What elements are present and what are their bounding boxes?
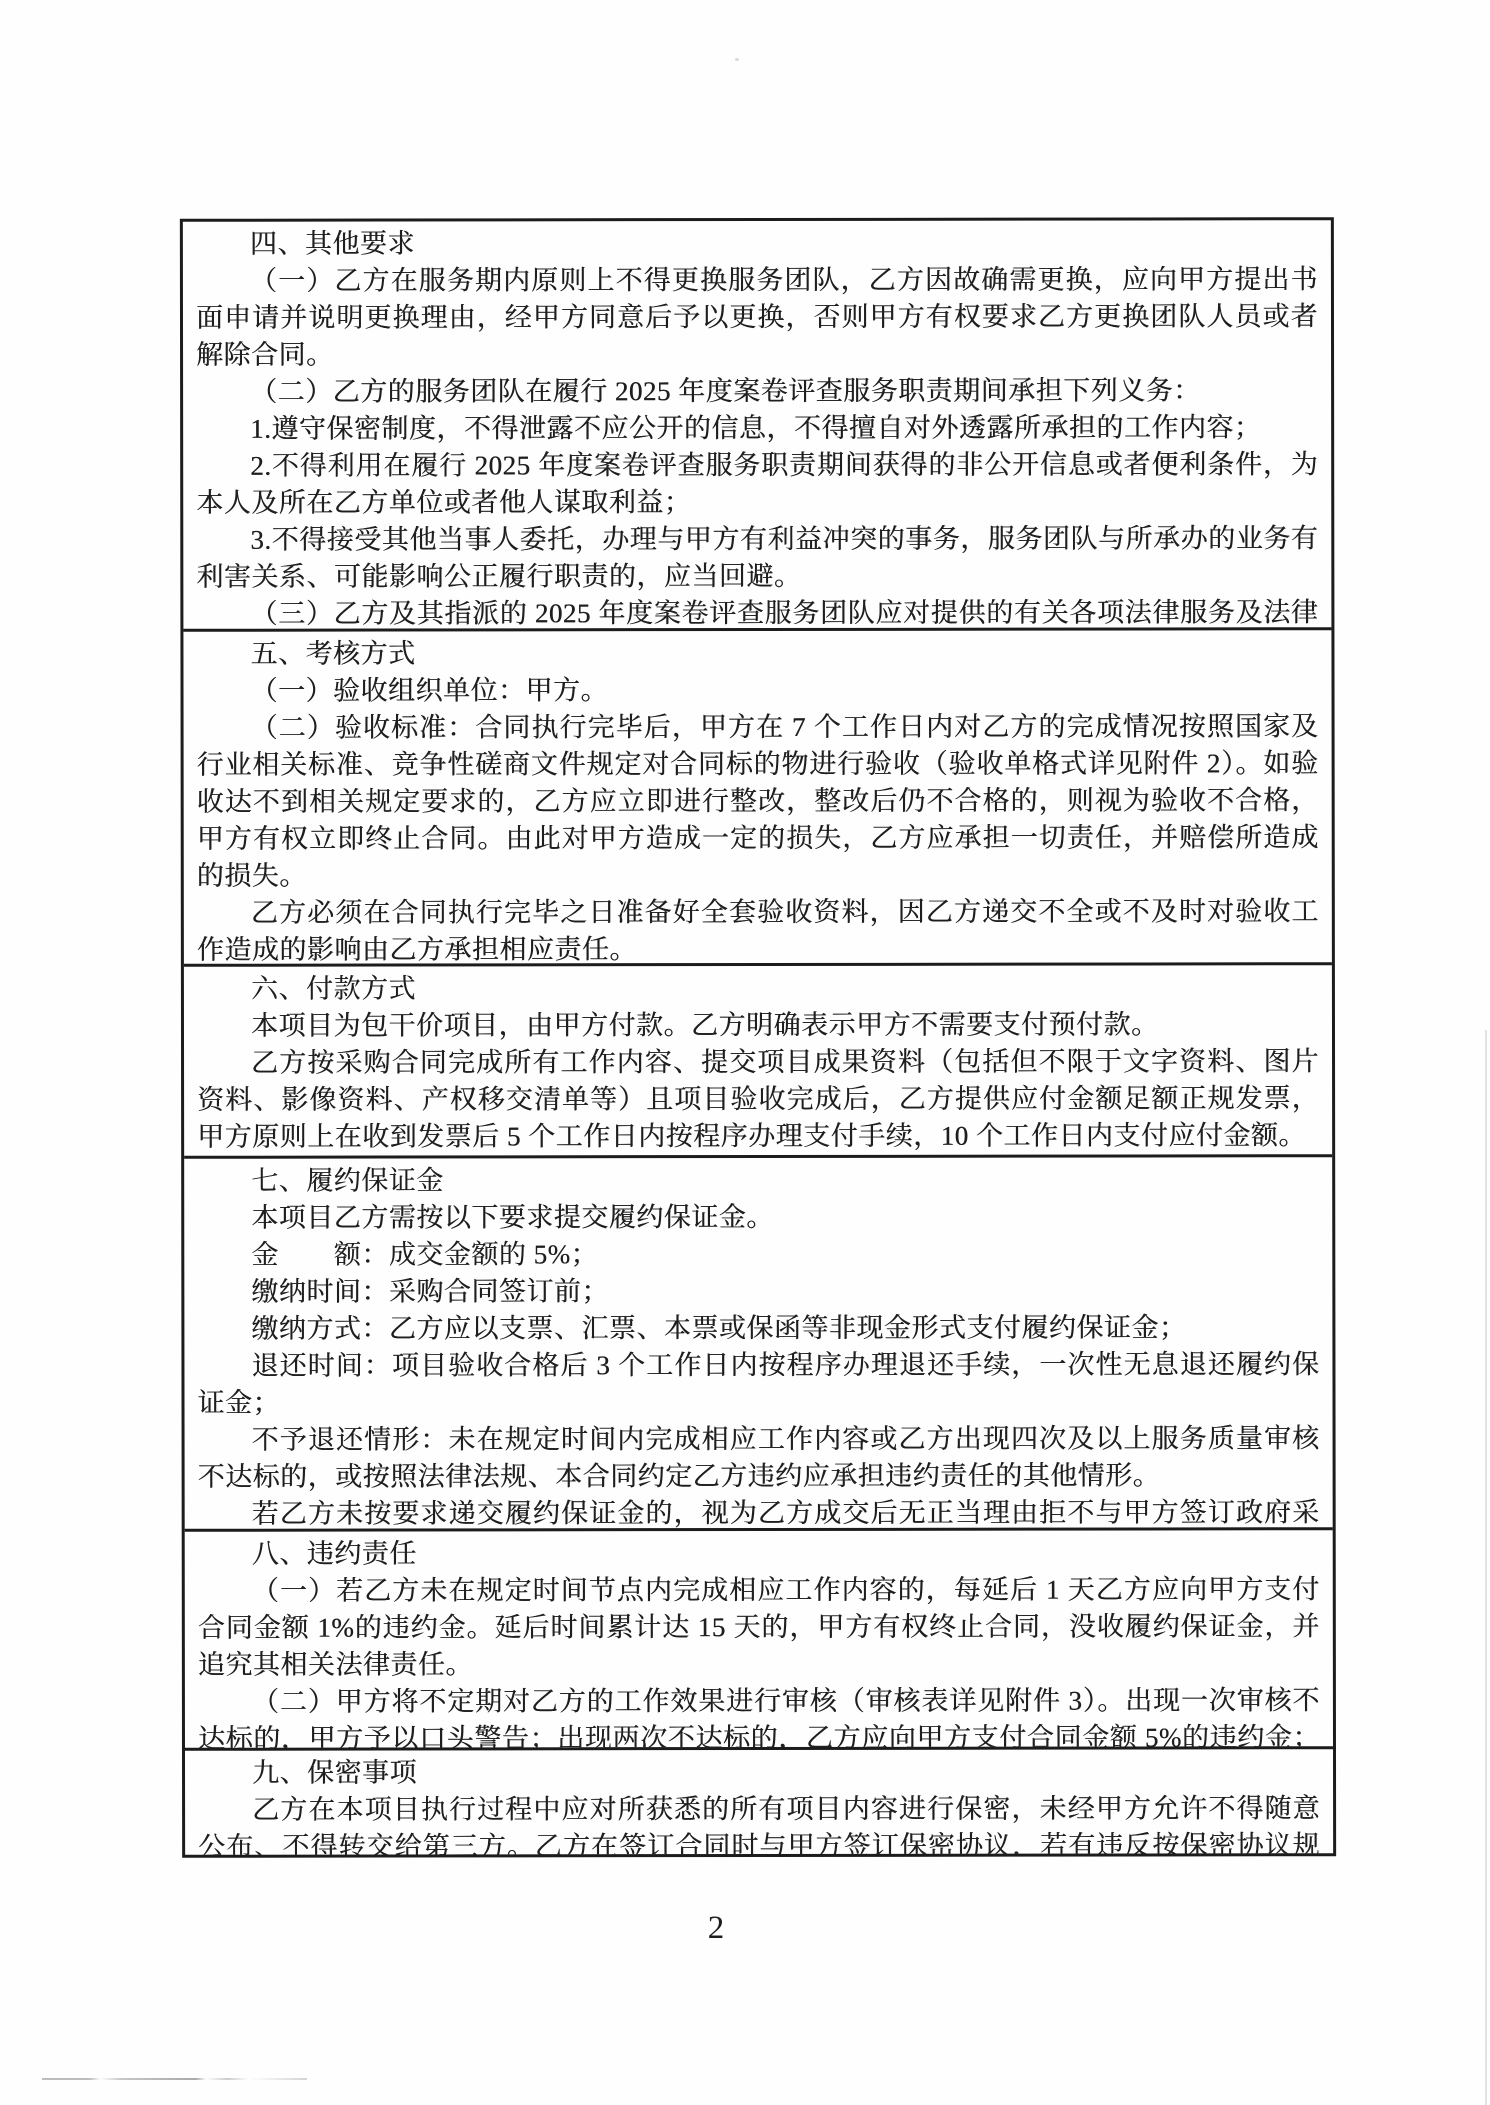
paragraph: （一）若乙方未在规定时间节点内完成相应工作内容的，每延后 1 天乙方应向甲方支付… [198,1571,1320,1684]
section-payment-method: 六、付款方式 本项目为包干价项目，由甲方付款。乙方明确表示甲方不需要支付预付款。… [184,965,1332,1159]
paragraph: 乙方必须在合同执行完毕之日准备好全套验收资料，因乙方递交不全或不及时对验收工作造… [197,893,1319,967]
paragraph: 3.不得接受其他当事人委托，办理与甲方有利益冲突的事务，服务团队与所承办的业务有… [196,520,1318,596]
section-assessment-method: 五、考核方式 （一）验收组织单位：甲方。 （二）验收标准：合同执行完毕后，甲方在… [183,630,1331,967]
paragraph: 2.不得利用在履行 2025 年度案卷评查服务职责期间获得的非公开信息或者便利条… [196,446,1318,522]
paragraph: 乙方在本项目执行过程中应对所获悉的所有项目内容进行保密，未经甲方允许不得随意公布… [198,1790,1320,1855]
paragraph: （一）乙方在服务期内原则上不得更换服务团队，乙方因故确需更换，应向甲方提出书面申… [196,261,1318,374]
section-heading: 七、履约保证金 [197,1161,1319,1200]
section-heading: 九、保密事项 [198,1753,1320,1792]
paragraph: 若乙方未按要求递交履约保证金的，视为乙方成交后无正当理由拒不与甲方签订政府采购合… [198,1494,1320,1532]
section-heading: 四、其他要求 [196,224,1318,263]
paragraph: 缴纳方式：乙方应以支票、汇票、本票或保函等非现金形式支付履约保证金； [197,1309,1319,1348]
paragraph: （二）甲方将不定期对乙方的工作效果进行审核（审核表详见附件 3）。出现一次审核不… [198,1682,1320,1751]
paragraph: 乙方按采购合同完成所有工作内容、提交项目成果资料（包括但不限于文字资料、图片资料… [197,1043,1319,1156]
scan-artifact-speckle [735,58,739,61]
section-heading: 六、付款方式 [197,969,1319,1008]
scan-artifact-right-edge-line [1485,1030,1487,2105]
paragraph: 不予退还情形：未在规定时间内完成相应工作内容或乙方出现四次及以上服务质量审核不达… [198,1420,1320,1496]
page-number: 2 [0,1908,1432,1948]
section-other-requirements: 四、其他要求 （一）乙方在服务期内原则上不得更换服务团队，乙方因故确需更换，应向… [183,220,1332,632]
section-heading: 五、考核方式 [196,634,1318,673]
scan-artifact-bottom-streak [42,2078,307,2080]
section-breach-liability: 八、违约责任 （一）若乙方未在规定时间节点内完成相应工作内容的，每延后 1 天乙… [185,1530,1333,1751]
paragraph: （一）验收组织单位：甲方。 [196,671,1318,710]
paragraph: （二）验收标准：合同执行完毕后，甲方在 7 个工作日内对乙方的完成情况按照国家及… [197,708,1319,895]
paragraph: 本项目为包干价项目，由甲方付款。乙方明确表示甲方不需要支付预付款。 [197,1006,1319,1045]
section-heading: 八、违约责任 [198,1534,1320,1573]
paragraph: 1.遵守保密制度，不得泄露不应公开的信息，不得擅自对外透露所承担的工作内容； [196,409,1318,448]
paragraph: 缴纳时间：采购合同签订前； [197,1272,1319,1311]
paragraph: （三）乙方及其指派的 2025 年度案卷评查服务团队应对提供的有关各项法律服务及… [196,594,1318,632]
section-performance-bond: 七、履约保证金 本项目乙方需按以下要求提交履约保证金。 金 额：成交金额的 5%… [184,1157,1333,1532]
paragraph: 退还时间：项目验收合格后 3 个工作日内按程序办理退还手续，一次性无息退还履约保… [197,1346,1319,1422]
document-page: 四、其他要求 （一）乙方在服务期内原则上不得更换服务团队，乙方因故确需更换，应向… [0,0,1490,2105]
paragraph: （二）乙方的服务团队在履行 2025 年度案卷评查服务职责期间承担下列义务： [196,372,1318,411]
paragraph: 金 额：成交金额的 5%； [197,1235,1319,1274]
contract-terms-table: 四、其他要求 （一）乙方在服务期内原则上不得更换服务团队，乙方因故确需更换，应向… [180,217,1336,1858]
paragraph: 本项目乙方需按以下要求提交履约保证金。 [197,1198,1319,1237]
section-confidentiality: 九、保密事项 乙方在本项目执行过程中应对所获悉的所有项目内容进行保密，未经甲方允… [185,1749,1333,1855]
